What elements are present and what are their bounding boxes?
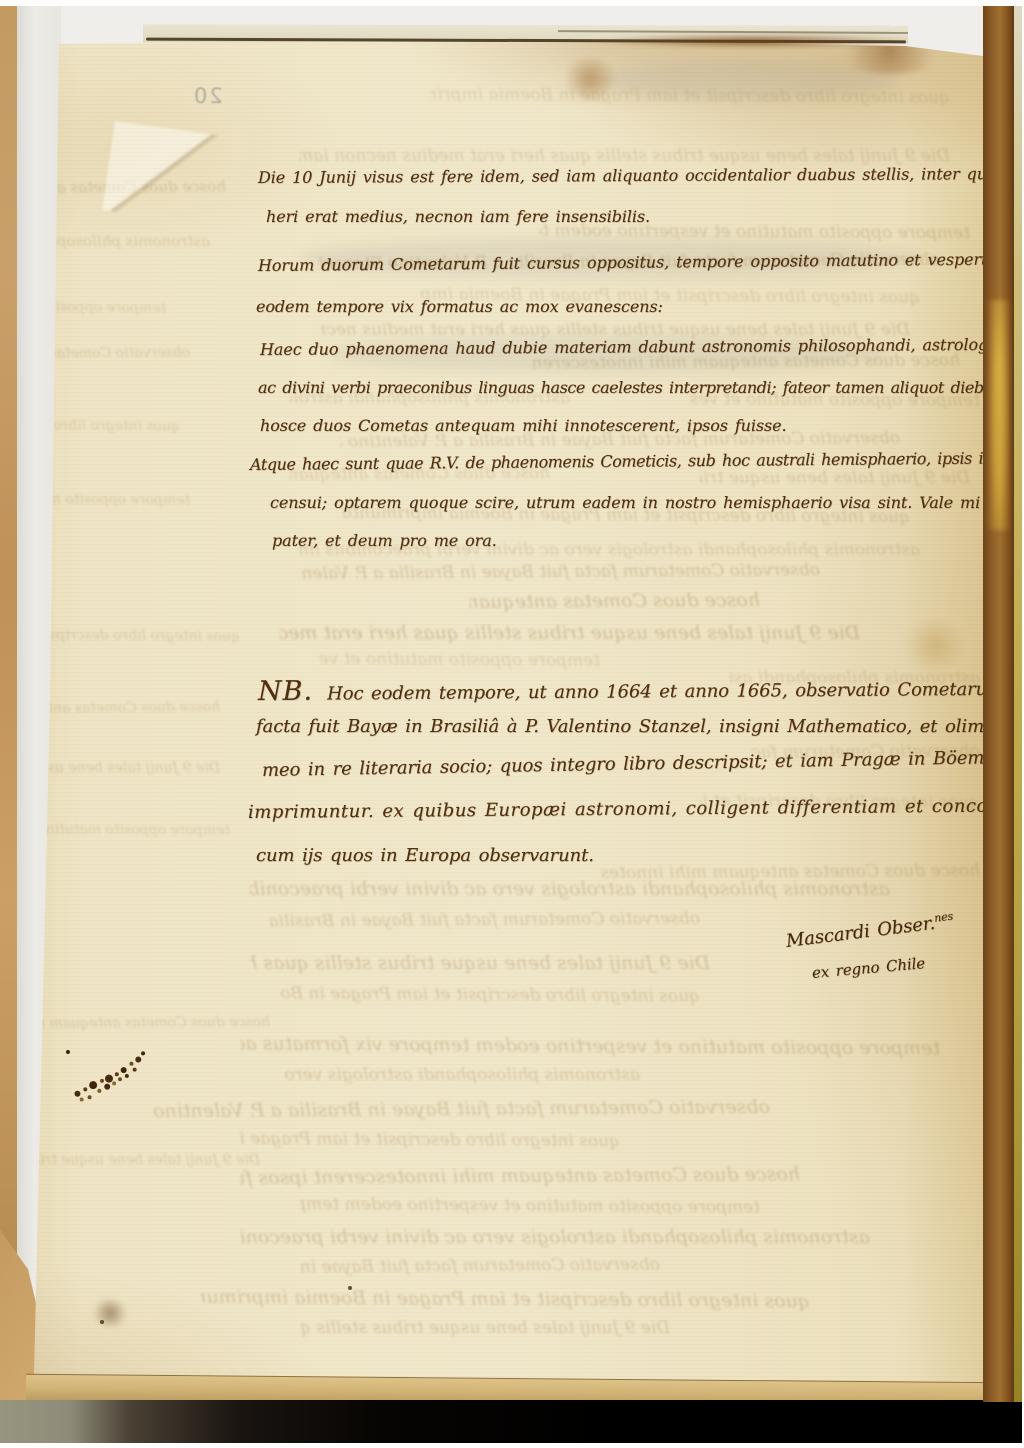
showthrough-line: hosce duos Cometas antequam mihi innotes… bbox=[530, 350, 960, 379]
showthrough-line: tempore opposito matutino et vespertino … bbox=[540, 220, 970, 249]
manuscript-page: quos integro libro descripsit et iam Pra… bbox=[0, 0, 1024, 1448]
letter-line: hosce duos Cometas antequam mihi innotes… bbox=[260, 416, 786, 435]
book-binding-gutter bbox=[983, 6, 1014, 1402]
showthrough-line: astronomis philosophandi astrologis vero… bbox=[730, 668, 980, 694]
showthrough-line: hosce duos Cometas antequam mihi innotes… bbox=[56, 177, 226, 204]
ink-speck bbox=[348, 1286, 352, 1290]
showthrough-line: tempore opposito matutino et vespertino … bbox=[40, 491, 190, 518]
showthrough-line: quos integro libro descripsit et iam Pra… bbox=[340, 503, 910, 533]
showthrough-line: tempore opposito matutino et vespertino … bbox=[30, 821, 230, 848]
showthrough-line: hosce duos Cometas antequam mihi innotes… bbox=[600, 861, 980, 890]
nb-line: imprimuntur. ex quibus Europæi astronomi… bbox=[248, 795, 1024, 823]
nb-line: meo in re literaria socio; quos integro … bbox=[262, 747, 1001, 781]
signature-name: Mascardi Obser.nes bbox=[785, 910, 955, 952]
letter-line: Die 10 Junij visus est fere idem, sed ia… bbox=[258, 164, 1005, 187]
showthrough-line: astronomis philosophandi astrologis vero… bbox=[300, 540, 920, 566]
showthrough-line: observatio Cometarum facta fuit Bayae in… bbox=[270, 908, 700, 937]
showthrough-line: hosce duos Cometas antequam mihi innotes… bbox=[290, 463, 550, 491]
showthrough-line: quos integro libro descripsit et iam Pra… bbox=[200, 1286, 810, 1316]
showthrough-line: observatio Cometarum facta fuit Bayae in… bbox=[750, 741, 980, 769]
showthrough-line: observatio Cometarum facta fuit Bayae in… bbox=[340, 428, 900, 458]
showthrough-line: astronomis philosophandi astrologis vero… bbox=[240, 1226, 870, 1252]
showthrough-line: Die 9 Junij tales bene usque tribus stel… bbox=[280, 622, 860, 648]
scan-bottom-margin bbox=[0, 1443, 1024, 1448]
showthrough-line: hosce duos Cometas antequam mihi innotes… bbox=[30, 1014, 270, 1042]
showthrough-line: Die 9 Junij tales bene usque tribus stel… bbox=[300, 146, 950, 172]
letter-line: Horum duorum Cometarum fuit cursus oppos… bbox=[258, 249, 1012, 275]
showthrough-line: observatio Cometarum facta fuit Bayae in… bbox=[300, 1255, 660, 1284]
foxing-stain bbox=[900, 620, 970, 670]
table-edge-strip bbox=[0, 6, 17, 1448]
letter-line: Atque haec sunt quae R.V. de phaenomenis… bbox=[250, 448, 1024, 474]
showthrough-line: quos integro libro descripsit et iam Pra… bbox=[430, 84, 950, 114]
showthrough-line: tempore opposito matutino et vespertino … bbox=[320, 649, 600, 677]
signature-superscript: nes bbox=[933, 910, 953, 925]
showthrough-line: tempore opposito matutino et vespertino … bbox=[240, 1033, 940, 1064]
showthrough-page-number: 20 bbox=[192, 84, 223, 108]
showthrough-line: astronomis philosophandi astrologis vero… bbox=[250, 878, 890, 904]
foxing-stain bbox=[90, 1300, 130, 1326]
showthrough-line: quos integro libro descripsit et iam Pra… bbox=[40, 418, 180, 445]
letter-line: censui; optarem quoque scire, utrum eade… bbox=[270, 493, 980, 512]
signature-place: ex regno Chile bbox=[811, 954, 926, 982]
showthrough-line: observatio Cometarum facta fuit Bayae in… bbox=[40, 344, 190, 371]
showthrough-line: quos integro libro descripsit et iam Pra… bbox=[700, 791, 980, 819]
manuscript-scan: quos integro libro descripsit et iam Pra… bbox=[0, 0, 1024, 1448]
foxing-stain bbox=[560, 58, 620, 100]
showthrough-line: tempore opposito matutino et vespertino … bbox=[300, 1194, 760, 1223]
letter-line: ac divini verbi praeconibus linguas hasc… bbox=[258, 378, 1001, 397]
showthrough-line: observatio Cometarum facta fuit Bayae in… bbox=[290, 250, 940, 281]
nb-line: facta fuit Bayæ in Brasiliâ à P. Valenti… bbox=[256, 716, 984, 737]
showthrough-line: quos integro libro descripsit et iam Pra… bbox=[420, 284, 920, 313]
signature-name-text: Mascardi Obser. bbox=[785, 913, 936, 952]
binding-stain bbox=[986, 300, 1012, 530]
scan-top-margin bbox=[0, 0, 1024, 6]
showthrough-line: quos integro libro descripsit et iam Pra… bbox=[280, 984, 700, 1013]
showthrough-line: Die 9 Junij tales bene usque tribus stel… bbox=[250, 952, 710, 978]
nb-line: cum ijs quos in Europa observarunt. bbox=[256, 845, 594, 866]
showthrough-line: astronomis philosophandi astrologis vero… bbox=[40, 232, 210, 258]
showthrough-line: hosce duos Cometas antequam mihi innotes… bbox=[40, 699, 220, 726]
showthrough-line: quos integro libro descripsit et iam Pra… bbox=[240, 1129, 620, 1158]
showthrough-line: observatio Cometarum facta fuit Bayae in… bbox=[150, 1096, 770, 1126]
showthrough-line: Die 9 Junij tales bene usque tribus stel… bbox=[700, 468, 970, 494]
nb-line: NB.Hoc eodem tempore, ut anno 1664 et an… bbox=[258, 671, 1004, 707]
showthrough-line: Die 9 Junij tales bene usque tribus stel… bbox=[30, 760, 220, 786]
showthrough-line: tempore opposito matutino et vespertino … bbox=[690, 389, 980, 417]
showthrough-haze bbox=[600, 60, 900, 100]
showthrough-line: hosce duos Cometas antequam mihi innotes… bbox=[240, 1163, 800, 1193]
ink-speck bbox=[100, 1320, 104, 1324]
page-block-edge bbox=[1014, 6, 1022, 1402]
showthrough-haze bbox=[300, 238, 920, 278]
showthrough-haze bbox=[330, 336, 890, 372]
showthrough-line: Die 9 Junij tales bene usque tribus stel… bbox=[30, 1152, 260, 1178]
edge-burn-stain bbox=[600, 34, 910, 48]
showthrough-line: hosce duos Cometas antequam mihi innotes… bbox=[470, 589, 760, 617]
showthrough-line: observatio Cometarum facta fuit Bayae in… bbox=[300, 560, 820, 590]
nb-label: NB. bbox=[258, 676, 313, 707]
showthrough-line: astronomis philosophandi astrologis vero… bbox=[280, 1065, 640, 1091]
letter-line: pater, et deum pro me ora. bbox=[272, 531, 497, 550]
letter-line: heri erat medius, necnon iam fere insens… bbox=[266, 207, 650, 226]
showthrough-line: Die 9 Junij tales bene usque tribus stel… bbox=[300, 1318, 670, 1344]
letter-line: Haec duo phaenomena haud dubie materiam … bbox=[260, 335, 1024, 359]
ink-spatter-blot bbox=[66, 1050, 70, 1054]
scanner-background bbox=[0, 1400, 1024, 1443]
showthrough-line: astronomis philosophandi astrologis vero… bbox=[290, 388, 570, 414]
showthrough-line: quos integro libro descripsit et iam Pra… bbox=[40, 627, 240, 654]
nb-text: Hoc eodem tempore, ut anno 1664 et anno … bbox=[327, 679, 1004, 705]
fold-crease bbox=[102, 121, 223, 225]
showthrough-line: Die 9 Junij tales bene usque tribus stel… bbox=[320, 320, 910, 346]
letter-line: eodem tempore vix formatus ac mox evanes… bbox=[256, 297, 663, 316]
